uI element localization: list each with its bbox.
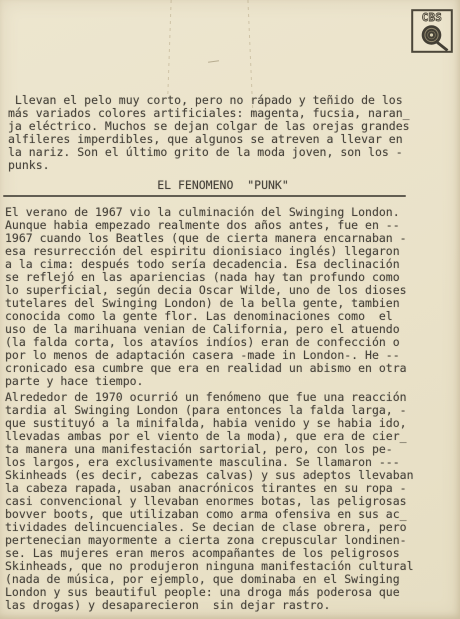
- scanned-document-page: CBS Llevan el pelo muy corto, pero no rá…: [0, 0, 460, 619]
- cbs-logo-text: CBS: [422, 12, 442, 24]
- paper-speck: [208, 60, 219, 63]
- paragraph-skinheads: Alrededor de 1970 ocurrió un fenómeno qu…: [5, 391, 414, 612]
- heading-divider: [3, 195, 406, 197]
- paragraph-swinging-london: El verano de 1967 vio la culminación del…: [5, 206, 407, 388]
- cbs-record-icon: CBS: [411, 9, 453, 53]
- intro-paragraph: Llevan el pelo muy corto, pero no rápado…: [8, 94, 410, 172]
- paper-crease-left: [167, 0, 171, 94]
- cbs-logo: CBS: [411, 9, 453, 53]
- section-heading: EL FENOMENO "PUNK": [0, 179, 446, 192]
